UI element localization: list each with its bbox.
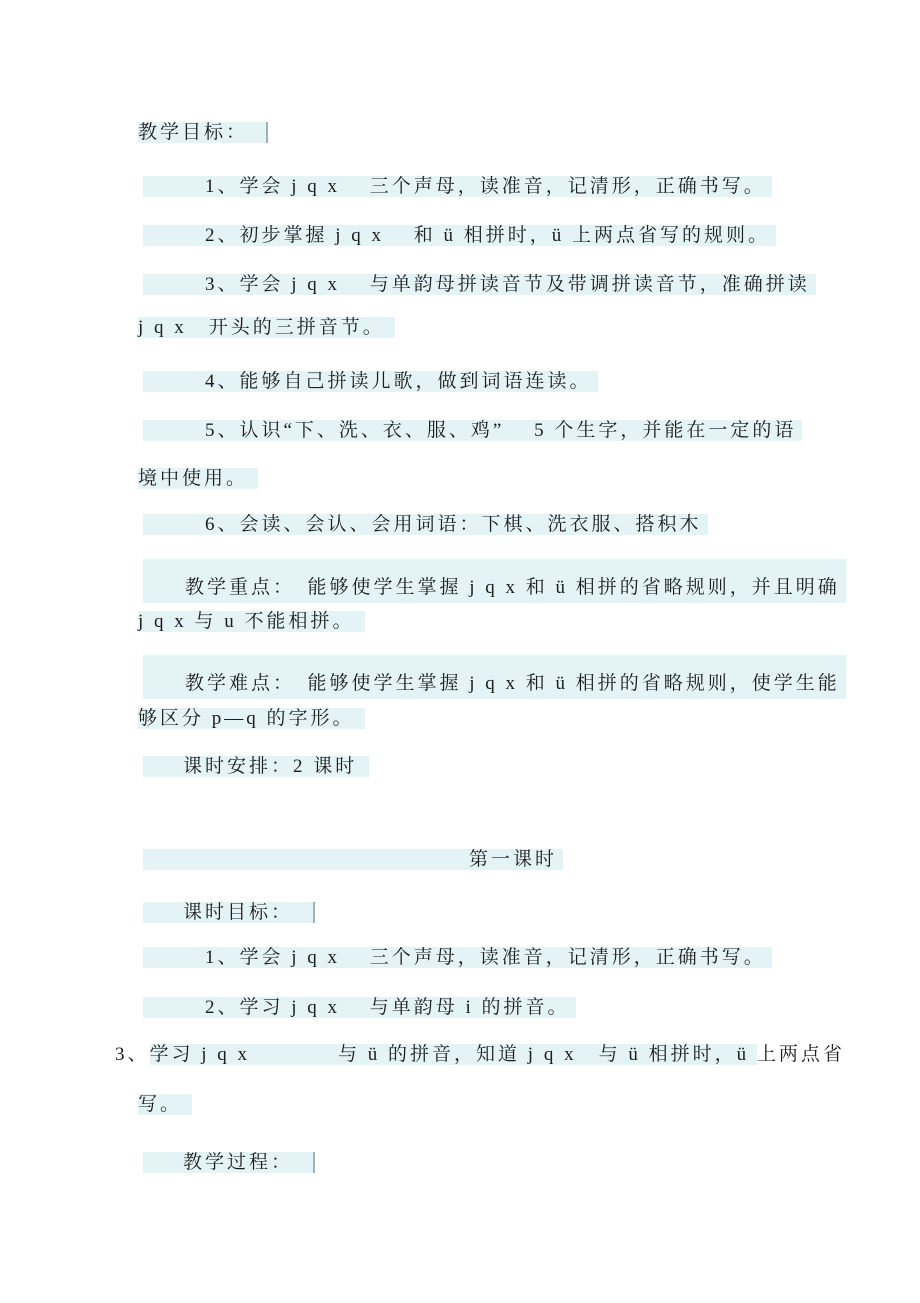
highlighted-text-segment: 1、学会 j q x 三个声母，读准音，记清形，正确书写。 <box>143 947 772 968</box>
document-line: 够区分 p—q 的字形。 <box>138 704 900 734</box>
document-line: 课时安排：2 课时 <box>138 752 900 782</box>
document-line: 1、学会 j q x 三个声母，读准音，记清形，正确书写。 <box>138 172 900 202</box>
text-segment: 上两点省 <box>757 1044 845 1065</box>
document-line: 1、学会 j q x 三个声母，读准音，记清形，正确书写。 <box>138 943 900 973</box>
document-line: j q x 开头的三拼音节。 <box>138 313 900 343</box>
document-page: 教学目标：1、学会 j q x 三个声母，读准音，记清形，正确书写。2、初步掌握… <box>0 0 920 1303</box>
highlighted-text-segment: 境中使用。 <box>138 468 258 489</box>
document-line: 4、能够自己拼读儿歌，做到词语连读。 <box>138 367 900 397</box>
document-line: 教学过程： <box>138 1148 900 1178</box>
document-line: 6、会读、会认、会用词语：下棋、洗衣服、搭积木 <box>138 510 900 540</box>
highlighted-text-segment: 够区分 p—q 的字形。 <box>138 708 365 729</box>
document-line: 教学重点： 能够使学生掌握 j q x 和 ü 相拼的省略规则，并且明确 <box>138 559 900 603</box>
document-line: 2、学习 j q x 与单韵母 i 的拼音。 <box>138 993 900 1023</box>
highlighted-text-segment: 教学重点： 能够使学生掌握 j q x 和 ü 相拼的省略规则，并且明确 <box>143 559 846 603</box>
document-line: 3、学会 j q x 与单韵母拼读音节及带调拼读音节，准确拼读 <box>138 270 900 300</box>
document-line: 第一课时 <box>138 845 900 875</box>
highlighted-text-segment: 写。 <box>138 1094 192 1115</box>
highlighted-text-segment: 课时安排：2 课时 <box>143 756 369 777</box>
document-line: 教学难点： 能够使学生掌握 j q x 和 ü 相拼的省略规则，使学生能 <box>138 655 900 699</box>
highlighted-text-segment: 5、认识“下、洗、衣、服、鸡” 5 个生字，并能在一定的语 <box>143 420 802 441</box>
highlighted-text-segment: 学习 j q x 与 ü 的拼音，知道 j q x 与 ü 相拼时，ü <box>150 1044 757 1065</box>
document-line: 5、认识“下、洗、衣、服、鸡” 5 个生字，并能在一定的语 <box>138 416 900 446</box>
document-line: 境中使用。 <box>138 464 900 494</box>
document-line: 写。 <box>138 1090 900 1120</box>
highlighted-text-segment: 2、学习 j q x 与单韵母 i 的拼音。 <box>143 997 576 1018</box>
highlighted-text-segment: 2、初步掌握 j q x 和 ü 相拼时，ü 上两点省写的规则。 <box>143 225 776 246</box>
highlighted-text-segment: j q x 开头的三拼音节。 <box>138 317 395 338</box>
highlighted-text-segment: 教学目标： <box>138 122 268 143</box>
document-line: 教学目标： <box>138 118 900 148</box>
highlighted-text-segment: 第一课时 <box>143 849 563 870</box>
highlighted-text-segment: 1、学会 j q x 三个声母，读准音，记清形，正确书写。 <box>143 176 772 197</box>
highlighted-text-segment: j q x 与 u 不能相拼。 <box>138 611 365 632</box>
highlighted-text-segment: 4、能够自己拼读儿歌，做到词语连读。 <box>143 371 598 392</box>
highlighted-text-segment: 教学难点： 能够使学生掌握 j q x 和 ü 相拼的省略规则，使学生能 <box>143 655 846 699</box>
document-line: 课时目标： <box>138 898 900 928</box>
highlighted-text-segment: 3、学会 j q x 与单韵母拼读音节及带调拼读音节，准确拼读 <box>143 274 816 295</box>
highlighted-text-segment: 6、会读、会认、会用词语：下棋、洗衣服、搭积木 <box>143 514 708 535</box>
highlighted-text-segment: 课时目标： <box>143 902 315 923</box>
text-segment: 3、 <box>115 1044 150 1065</box>
document-line: 3、学习 j q x 与 ü 的拼音，知道 j q x 与 ü 相拼时，ü 上两… <box>115 1040 900 1070</box>
highlighted-text-segment: 教学过程： <box>143 1152 315 1173</box>
document-line: 2、初步掌握 j q x 和 ü 相拼时，ü 上两点省写的规则。 <box>138 221 900 251</box>
document-line: j q x 与 u 不能相拼。 <box>138 607 900 637</box>
